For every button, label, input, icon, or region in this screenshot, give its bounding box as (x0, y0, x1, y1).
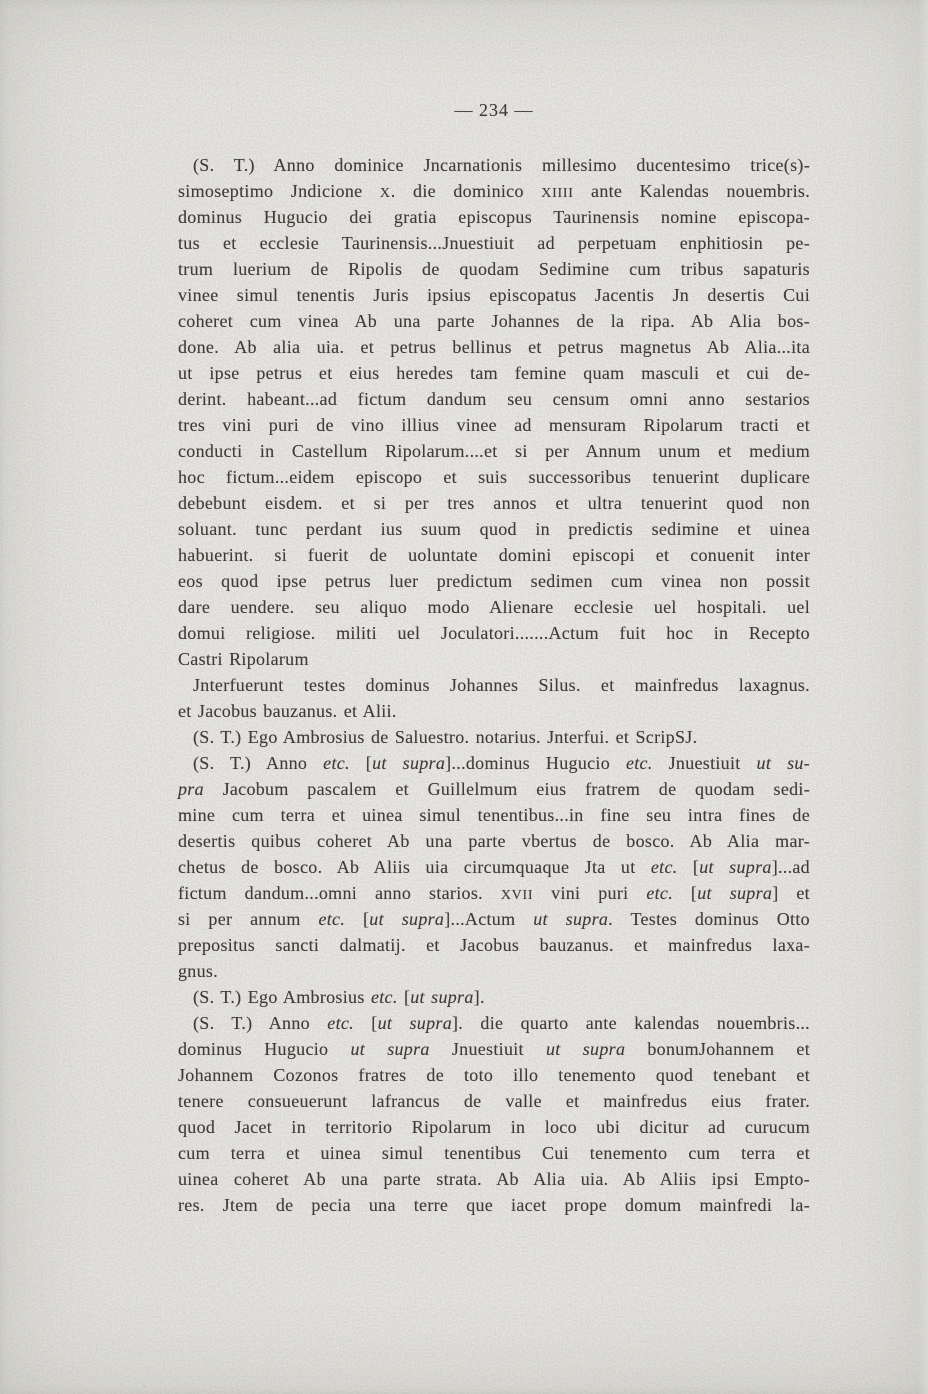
text-run: coheret cum vinea Ab una parte Johannes … (178, 311, 810, 331)
text-run: simoseptimo Jndicione (178, 181, 380, 201)
text-run: [ (345, 909, 369, 929)
text-line: tus et ecclesie Taurinensis...Jnuestiuit… (178, 230, 810, 256)
text-line: Jnterfuerunt testes dominus Johannes Sil… (178, 672, 810, 698)
text-line: trum luerium de Ripolis de quodam Sedimi… (178, 256, 810, 282)
text-run: dominus Hugucio dei gratia episcopus Tau… (178, 207, 810, 227)
text-run: ante Kalendas nouembris. (574, 181, 810, 201)
text-run: bonumJohannem et (625, 1039, 810, 1059)
page-number: — 234 — (178, 100, 810, 121)
text-run: Jnterfuerunt testes dominus Johannes Sil… (193, 675, 810, 695)
text-run: soluant. tunc perdant ius suum quod in p… (178, 519, 810, 539)
text-line: coheret cum vinea Ab una parte Johannes … (178, 308, 810, 334)
text-line: conducti in Castellum Ripolarum....et si… (178, 438, 810, 464)
text-run: ]...ad (772, 857, 810, 877)
italic-run: etc. (323, 753, 350, 773)
text-run: prepositus sancti dalmatij. et Jacobus b… (178, 935, 810, 955)
text-line: tres vini puri de vino illius vinee ad m… (178, 412, 810, 438)
text-line: debebunt eisdem. et si per tres annos et… (178, 490, 810, 516)
text-run: (S. T.) Ego Ambrosius de Saluestro. nota… (193, 727, 697, 747)
italic-run: etc. (318, 909, 345, 929)
text-block: (S. T.) Anno dominice Jncarnationis mill… (178, 152, 810, 1218)
text-run: si per annum (178, 909, 318, 929)
text-line: si per annum etc. [ut supra]...Actum ut … (178, 906, 810, 932)
text-line: dare uendere. seu aliquo modo Alienare e… (178, 594, 810, 620)
paragraph-3: (S. T.) Ego Ambrosius de Saluestro. nota… (178, 724, 810, 750)
text-line: pra Jacobum pascalem et Guillelmum eius … (178, 776, 810, 802)
paragraph-1: (S. T.) Anno dominice Jncarnationis mill… (178, 152, 810, 672)
text-line: vinee simul tenentis Juris ipsius episco… (178, 282, 810, 308)
text-line: soluant. tunc perdant ius suum quod in p… (178, 516, 810, 542)
text-run: (S. T.) Anno dominice Jncarnationis mill… (193, 155, 810, 175)
text-line: mine cum terra et uinea simul tenentibus… (178, 802, 810, 828)
italic-run: ut supra (350, 1039, 429, 1059)
paragraph-6: (S. T.) Anno etc. [ut supra]. die quarto… (178, 1010, 810, 1218)
text-line: (S. T.) Ego Ambrosius etc. [ut supra]. (178, 984, 810, 1010)
italic-run: ut su- (757, 753, 810, 773)
italic-run: ut supra (410, 987, 473, 1007)
text-line: habuerint. si fuerit de uoluntate domini… (178, 542, 810, 568)
text-run: (S. T.) Anno (193, 753, 323, 773)
text-run: Johannem Cozonos fratres de toto illo te… (178, 1065, 810, 1085)
text-run: tres vini puri de vino illius vinee ad m… (178, 415, 810, 435)
italic-run: etc. (626, 753, 653, 773)
text-run: cum terra et uinea simul tenentibus Cui … (178, 1143, 810, 1163)
text-line: tenere consueuerunt lafrancus de valle e… (178, 1088, 810, 1114)
text-run: [ (678, 857, 700, 877)
text-line: simoseptimo Jndicione x. die dominico xi… (178, 178, 810, 204)
text-run: vini puri (533, 883, 646, 903)
text-run: ]...dominus Hugucio (445, 753, 626, 773)
text-line: prepositus sancti dalmatij. et Jacobus b… (178, 932, 810, 958)
text-line: eos quod ipse petrus luer predictum sedi… (178, 568, 810, 594)
text-line: (S. T.) Anno etc. [ut supra]. die quarto… (178, 1010, 810, 1036)
paragraph-4: (S. T.) Anno etc. [ut supra]...dominus H… (178, 750, 810, 984)
text-line: ut ipse petrus et eius heredes tam femin… (178, 360, 810, 386)
text-line: (S. T.) Ego Ambrosius de Saluestro. nota… (178, 724, 810, 750)
scanned-book-page: — 234 — (S. T.) Anno dominice Jncarnatio… (0, 0, 928, 1394)
text-line: derint. habeant...ad fictum dandum seu c… (178, 386, 810, 412)
text-run: mine cum terra et uinea simul tenentibus… (178, 805, 810, 825)
text-line: desertis quibus coheret Ab una parte vbe… (178, 828, 810, 854)
italic-run: ut supra (699, 857, 771, 877)
italic-run: ut supra (546, 1039, 625, 1059)
text-run: derint. habeant...ad fictum dandum seu c… (178, 389, 810, 409)
text-run: habuerint. si fuerit de uoluntate domini… (178, 545, 810, 565)
text-line: quod Jacet in territorio Ripolarum in lo… (178, 1114, 810, 1140)
text-run: Jnuestiuit (430, 1039, 546, 1059)
text-run: debebunt eisdem. et si per tres annos et… (178, 493, 810, 513)
italic-run: etc. (327, 1013, 354, 1033)
text-line: cum terra et uinea simul tenentibus Cui … (178, 1140, 810, 1166)
text-line: gnus. (178, 958, 810, 984)
text-line: uinea coheret Ab una parte strata. Ab Al… (178, 1166, 810, 1192)
text-run: done. Ab alia uia. et petrus bellinus et… (178, 337, 810, 357)
text-run: tenere consueuerunt lafrancus de valle e… (178, 1091, 810, 1111)
text-run: vinee simul tenentis Juris ipsius episco… (178, 285, 810, 305)
text-line: chetus de bosco. Ab Aliis uia circumquaq… (178, 854, 810, 880)
text-run: gnus. (178, 961, 218, 981)
text-run: ut ipse petrus et eius heredes tam femin… (178, 363, 810, 383)
italic-run: etc. (646, 883, 673, 903)
text-line: (S. T.) Anno etc. [ut supra]...dominus H… (178, 750, 810, 776)
text-run: trum luerium de Ripolis de quodam Sedimi… (178, 259, 810, 279)
text-run: desertis quibus coheret Ab una parte vbe… (178, 831, 810, 851)
text-run: uinea coheret Ab una parte strata. Ab Al… (178, 1169, 810, 1189)
text-run: Jnuestiuit (653, 753, 757, 773)
italic-run: etc. (651, 857, 678, 877)
text-run: Castri Ripolarum (178, 649, 309, 669)
text-run: ] et (772, 883, 810, 903)
text-run: chetus de bosco. Ab Aliis uia circumquaq… (178, 857, 651, 877)
text-run: [ (350, 753, 372, 773)
text-run: Jacobum pascalem et Guillelmum eius frat… (204, 779, 810, 799)
text-run: . die dominico (391, 181, 541, 201)
italic-run: ut supra (378, 1013, 452, 1033)
paragraph-2: Jnterfuerunt testes dominus Johannes Sil… (178, 672, 810, 724)
text-line: Johannem Cozonos fratres de toto illo te… (178, 1062, 810, 1088)
text-run: [ (398, 987, 411, 1007)
text-run: ]. (474, 987, 485, 1007)
text-run: [ (673, 883, 697, 903)
text-line: done. Ab alia uia. et petrus bellinus et… (178, 334, 810, 360)
italic-run: ut supra (372, 753, 445, 773)
text-line: (S. T.) Anno dominice Jncarnationis mill… (178, 152, 810, 178)
text-line: domui religiose. militi uel Joculatori..… (178, 620, 810, 646)
text-line: Castri Ripolarum (178, 646, 810, 672)
text-run: quod Jacet in territorio Ripolarum in lo… (178, 1117, 810, 1137)
smallcaps-run: x (380, 185, 391, 201)
italic-run: ut supra (533, 909, 608, 929)
italic-run: pra (178, 779, 204, 799)
italic-run: ut supra (697, 883, 772, 903)
smallcaps-run: xiiii (541, 185, 573, 201)
paragraph-5: (S. T.) Ego Ambrosius etc. [ut supra]. (178, 984, 810, 1010)
smallcaps-run: xvii (501, 887, 533, 903)
text-run: . Testes dominus Otto (608, 909, 810, 929)
text-run: fictum dandum...omni anno starios. (178, 883, 501, 903)
text-run: [ (354, 1013, 378, 1033)
text-line: et Jacobus bauzanus. et Alii. (178, 698, 810, 724)
text-run: ]. die quarto ante kalendas nouembris... (452, 1013, 810, 1033)
text-run: (S. T.) Ego Ambrosius (193, 987, 371, 1007)
text-run: hoc fictum...eidem episcopo et suis succ… (178, 467, 810, 487)
italic-run: ut supra (369, 909, 444, 929)
text-line: res. Jtem de pecia una terre que iacet p… (178, 1192, 810, 1218)
text-run: et Jacobus bauzanus. et Alii. (178, 701, 397, 721)
text-run: dominus Hugucio (178, 1039, 350, 1059)
text-run: (S. T.) Anno (193, 1013, 327, 1033)
text-run: tus et ecclesie Taurinensis...Jnuestiuit… (178, 233, 810, 253)
text-run: eos quod ipse petrus luer predictum sedi… (178, 571, 810, 591)
text-line: dominus Hugucio dei gratia episcopus Tau… (178, 204, 810, 230)
text-run: res. Jtem de pecia una terre que iacet p… (178, 1195, 810, 1215)
text-run: dare uendere. seu aliquo modo Alienare e… (178, 597, 810, 617)
text-line: dominus Hugucio ut supra Jnuestiuit ut s… (178, 1036, 810, 1062)
text-run: conducti in Castellum Ripolarum....et si… (178, 441, 810, 461)
text-run: domui religiose. militi uel Joculatori..… (178, 623, 810, 643)
text-line: hoc fictum...eidem episcopo et suis succ… (178, 464, 810, 490)
text-line: fictum dandum...omni anno starios. xvii … (178, 880, 810, 906)
text-run: ]...Actum (444, 909, 533, 929)
italic-run: etc. (371, 987, 398, 1007)
